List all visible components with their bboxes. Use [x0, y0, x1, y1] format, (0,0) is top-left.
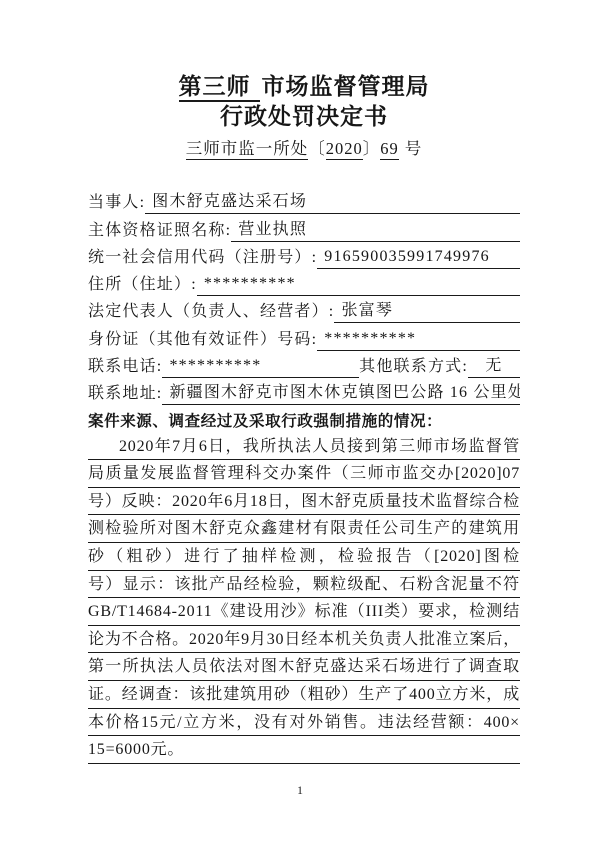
field-label-legal-rep: 法定代表人（负责人、经营者）:	[88, 298, 334, 323]
field-value-residence: **********	[197, 275, 520, 296]
case-line: 2020年7月6日，我所执法人员接到第三师市场监督管理	[88, 433, 520, 461]
case-line: 本价格15元/立方米，没有对外销售。违法经营额：400×	[88, 709, 520, 737]
field-row-id-no: 身份证（其他有效证件）号码: **********	[88, 323, 520, 350]
field-label-party: 当事人:	[88, 189, 145, 214]
title-issuer-rest: 市场监督管理局	[262, 74, 430, 99]
case-line: 号）反映：2020年6月18日，图木舒克质量技术监督综合检	[88, 488, 520, 516]
page-title-line2: 行政处罚决定书	[88, 102, 520, 132]
doc-number-bracket-close: 〕	[363, 139, 381, 158]
field-value-contact-address: 新疆图木舒克市图木休克镇图巴公路 16 公里处	[162, 379, 520, 405]
field-label-residence: 住所（住址）:	[88, 271, 197, 296]
field-row-contact: 联系电话: ********** 其他联系方式: 无	[88, 351, 520, 378]
doc-number-year: 2020	[326, 139, 363, 160]
field-value-phone: **********	[162, 357, 359, 378]
field-row-residence: 住所（住址）: **********	[88, 269, 520, 296]
page-title-line1: 第三师市场监督管理局	[88, 72, 520, 102]
case-line: GB/T14684-2011《建设用沙》标准（III类）要求，检测结	[88, 598, 520, 626]
case-line: 局质量发展监督管理科交办案件（三师市监交办[2020]07	[88, 460, 520, 488]
field-value-credit-code: 916590035991749976	[317, 248, 520, 269]
case-line: 砂（粗砂）进行了抽样检测，检验报告（[2020]图检JCJ018	[88, 543, 520, 571]
field-value-id-no: **********	[317, 330, 520, 351]
case-description-paragraph: 2020年7月6日，我所执法人员接到第三师市场监督管理 局质量发展监督管理科交办…	[88, 433, 520, 764]
doc-number: 三师市监一所处〔2020〕69号	[88, 138, 520, 160]
case-line: 号）显示：该批产品经检验，颗粒级配、石粉含泥量不符合	[88, 571, 520, 599]
document-content: 第三师市场监督管理局 行政处罚决定书 三师市监一所处〔2020〕69号 当事人:…	[88, 72, 520, 764]
document-page: 第三师市场监督管理局 行政处罚决定书 三师市监一所处〔2020〕69号 当事人:…	[0, 0, 600, 848]
title-issuer-underlined: 第三师	[179, 74, 260, 102]
field-value-license-name: 营业执照	[231, 216, 520, 242]
case-line: 第一所执法人员依法对图木舒克盛达采石场进行了调查取	[88, 653, 520, 681]
case-line: 论为不合格。2020年9月30日经本机关负责人批准立案后，	[88, 626, 520, 654]
field-value-legal-rep: 张富琴	[334, 297, 520, 323]
party-info-fields: 当事人: 图木舒克盛达采石场 主体资格证照名称: 营业执照 统一社会信用代码（注…	[88, 187, 520, 433]
field-row-party: 当事人: 图木舒克盛达采石场	[88, 187, 520, 214]
case-line: 证。经调查：该批建筑用砂（粗砂）生产了400立方米，成	[88, 681, 520, 709]
field-label-id-no: 身份证（其他有效证件）号码:	[88, 326, 317, 351]
field-row-license-name: 主体资格证照名称: 营业执照	[88, 214, 520, 241]
field-label-other-contact: 其他联系方式:	[359, 353, 468, 378]
doc-number-issuer: 三师市监一所处	[186, 139, 309, 160]
field-row-credit-code: 统一社会信用代码（注册号）: 916590035991749976	[88, 242, 520, 269]
field-value-party: 图木舒克盛达采石场	[145, 188, 520, 214]
doc-number-bracket-open: 〔	[308, 139, 326, 158]
case-line: 15=6000元。	[88, 736, 520, 764]
field-label-contact-address: 联系地址:	[88, 380, 162, 405]
page-number: 1	[0, 783, 600, 798]
field-label-credit-code: 统一社会信用代码（注册号）:	[88, 244, 317, 269]
case-section-heading: 案件来源、调查经过及采取行政强制措施的情况：	[88, 405, 520, 432]
doc-number-suffix: 号	[405, 139, 423, 158]
field-label-phone: 联系电话:	[88, 353, 162, 378]
field-value-other-contact: 无	[468, 352, 520, 378]
field-row-legal-rep: 法定代表人（负责人、经营者）: 张富琴	[88, 296, 520, 323]
doc-number-serial: 69	[380, 139, 399, 160]
case-line: 测检验所对图木舒克众鑫建材有限责任公司生产的建筑用	[88, 515, 520, 543]
field-row-contact-address: 联系地址: 新疆图木舒克市图木休克镇图巴公路 16 公里处	[88, 378, 520, 405]
field-label-license-name: 主体资格证照名称:	[88, 217, 231, 242]
